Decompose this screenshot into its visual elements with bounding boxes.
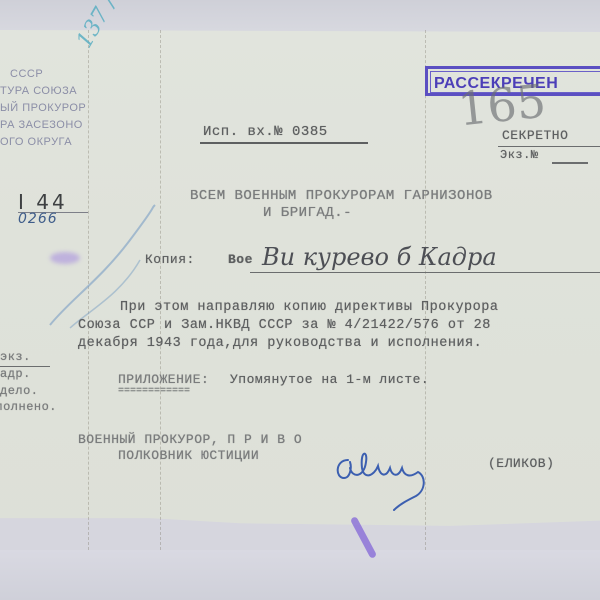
- letterhead-line: ЫЙ ПРОКУРОР: [0, 100, 90, 117]
- copy-to-typed: Вое: [228, 252, 253, 267]
- signature-icon: [330, 438, 440, 518]
- body-line-3: декабря 1943 года,для руководства и испо…: [78, 336, 482, 351]
- background-bottom: [0, 550, 600, 600]
- body-line-1: При этом направляю копию директивы Проку…: [120, 300, 498, 315]
- copy-to-label: Копия:: [145, 252, 195, 267]
- signature-title-line-1: ВОЕННЫЙ ПРОКУРОР, П Р И В О: [78, 432, 302, 447]
- margin-note: адр.: [0, 367, 31, 381]
- body-line-2: Союза ССР и Зам.НКВД СССР за № 4/21422/5…: [78, 318, 491, 333]
- addressee-line-1: ВСЕМ ВОЕННЫМ ПРОКУРОРАМ ГАРНИЗОНОВ: [190, 188, 493, 204]
- margin-note: исполнено.: [0, 400, 57, 414]
- attachment-label: ПРИЛОЖЕНИЕ:: [118, 372, 209, 387]
- copy-to-handwritten: Ви курево б Кадра: [262, 243, 497, 271]
- margin-note: экз.: [0, 350, 31, 364]
- copy-to-underline: [250, 272, 600, 273]
- classification-underline: [498, 146, 600, 147]
- attachment-text: Упомянутое на 1-м листе.: [230, 372, 429, 387]
- reference-number: Исп. вх.№ 0385: [203, 124, 328, 140]
- attachment-underline: ============: [118, 386, 190, 397]
- addressee-line-2: И БРИГАД.-: [263, 205, 352, 221]
- signatory-name: (ЕЛИКОВ): [488, 456, 554, 471]
- reference-underline: [200, 142, 368, 144]
- copy-number-label: Экз.№: [500, 148, 539, 162]
- fold-line: [160, 30, 163, 550]
- margin-note: дело.: [0, 384, 39, 398]
- letterhead-line: ТУРА СОЮЗА: [0, 83, 90, 100]
- letterhead-line: СССР: [0, 66, 90, 83]
- letterhead-line: РА ЗАСЕЗОНО: [0, 117, 90, 134]
- letterhead-stamp: СССР ТУРА СОЮЗА ЫЙ ПРОКУРОР РА ЗАСЕЗОНО …: [0, 66, 90, 151]
- letterhead-line: ОГО ОКРУГА: [0, 134, 90, 151]
- classification-label: СЕКРЕТНО: [502, 128, 568, 143]
- signature-title-line-2: ПОЛКОВНИК ЮСТИЦИИ: [118, 448, 259, 463]
- copy-number-field: [552, 162, 588, 164]
- pencil-page-number: 165: [455, 74, 548, 137]
